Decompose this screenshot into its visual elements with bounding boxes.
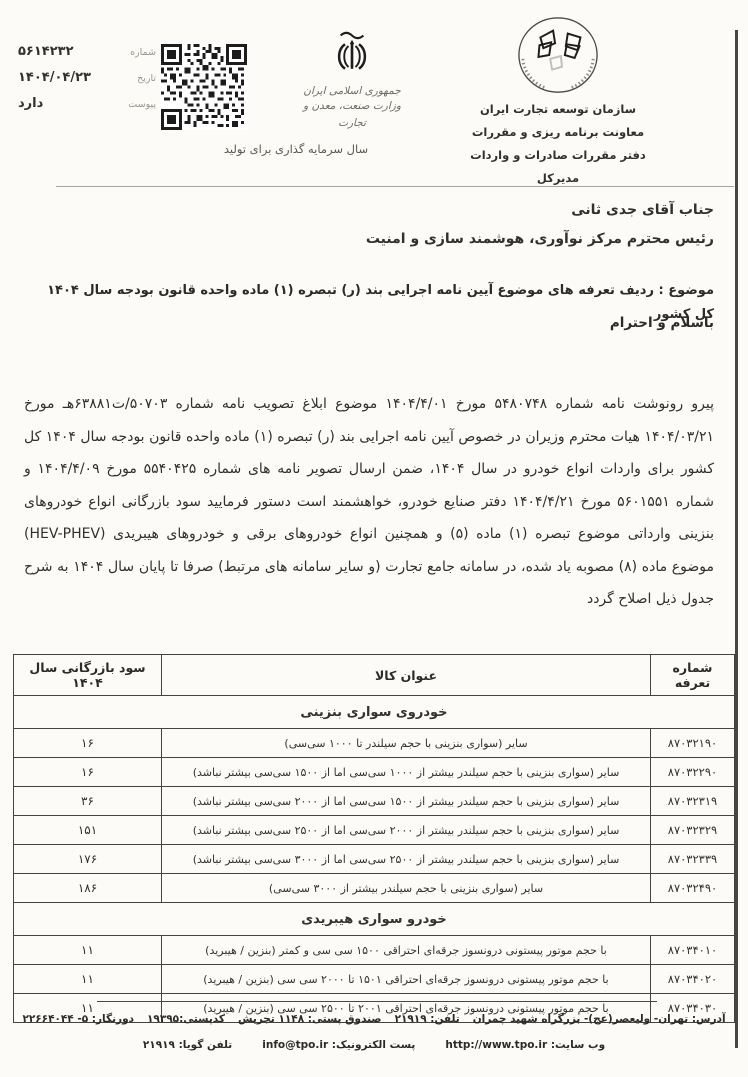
footer-website-label: وب سایت: — [551, 1039, 605, 1051]
letter-number-value: ۵۶۱۴۲۳۲ — [18, 44, 116, 59]
tariff-number-header: شماره تعرفه — [651, 655, 735, 696]
goods-title-cell: سایر (سواری بنزینی با حجم سیلندر بیشتر ا… — [162, 845, 651, 874]
table-header-row: شماره تعرفه عنوان کالا سود بازرگانی سال … — [14, 655, 735, 696]
profit-value-cell: ۱۶ — [14, 758, 162, 787]
footer-email-label: پست الکترونیک: — [332, 1039, 416, 1051]
recipient-name: جناب آقای جدی ثانی — [26, 196, 714, 225]
profit-value-cell: ۱۱ — [14, 965, 162, 994]
table-section-row: خودروی سواری بنزینی — [14, 696, 735, 729]
salutation-line: باسلام و احترام — [610, 315, 714, 331]
table-row: ۸۷۰۳۴۰۲۰با حجم موتور پیستونی درونسوز جرق… — [14, 965, 735, 994]
tariff-code-cell: ۸۷۰۳۲۲۹۰ — [651, 758, 735, 787]
footer-website-url: http://www.tpo.ir — [445, 1039, 547, 1051]
footer-contact-line: وب سایت: http://www.tpo.ir پست الکترونیک… — [12, 1039, 736, 1051]
letter-date-value: ۱۴۰۴/۰۴/۲۳ — [18, 70, 116, 85]
letter-number-label: شماره — [116, 47, 156, 58]
table-section-title: خودروی سواری بنزینی — [14, 696, 735, 729]
letter-date-row: تاریخ ۱۴۰۴/۰۴/۲۳ — [18, 70, 156, 85]
tariff-code-cell: ۸۷۰۳۴۰۲۰ — [651, 965, 735, 994]
footer-website: وب سایت: http://www.tpo.ir — [445, 1039, 605, 1051]
letter-date-label: تاریخ — [116, 73, 156, 84]
ministry-block: جمهوری اسلامی ایران وزارت صنعت، معدن و ت… — [300, 26, 404, 132]
tariff-table: شماره تعرفه عنوان کالا سود بازرگانی سال … — [13, 654, 735, 1023]
footer-address: آدرس: تهران- ولیعصر(عج)- بزرگراه شهید چم… — [473, 1013, 726, 1025]
goods-title-cell: سایر (سواری بنزینی با حجم سیلندر بیشتر ا… — [162, 816, 651, 845]
tariff-code-cell: ۸۷۰۳۲۳۲۹ — [651, 816, 735, 845]
profit-value-cell: ۱۵۱ — [14, 816, 162, 845]
footer-postalcode: کدپستی:۱۹۳۹۵ — [147, 1013, 225, 1025]
footer-voice-phone-label: تلفن گویا: — [179, 1039, 233, 1051]
tpo-logo-icon — [466, 14, 650, 98]
footer-divider — [97, 1001, 657, 1002]
footer-voice-phone: تلفن گویا: ۲۱۹۱۹ — [143, 1039, 232, 1051]
goods-title-header: عنوان کالا — [162, 655, 651, 696]
table-row: ۸۷۰۳۲۳۱۹سایر (سواری بنزینی با حجم سیلندر… — [14, 787, 735, 816]
iran-national-emblem-icon — [300, 26, 404, 80]
scan-artifact-line — [735, 30, 738, 1048]
goods-title-cell: با حجم موتور پیستونی درونسوز جرقه‌ای احت… — [162, 936, 651, 965]
profit-value-cell: ۳۶ — [14, 787, 162, 816]
header-divider — [56, 186, 734, 187]
goods-title-cell: سایر (سواری بنزینی با حجم سیلندر بیشتر ا… — [162, 787, 651, 816]
profit-value-cell: ۱۶ — [14, 729, 162, 758]
footer-address-line: آدرس: تهران- ولیعصر(عج)- بزرگراه شهید چم… — [12, 1013, 736, 1025]
footer-fax: دورنگار: ۵- ۲۲۶۶۴۰۴۴ — [22, 1013, 134, 1025]
table-row: ۸۷۰۳۲۳۲۹سایر (سواری بنزینی با حجم سیلندر… — [14, 816, 735, 845]
tariff-table-body: خودروی سواری بنزینی۸۷۰۳۲۱۹۰سایر (سواری ب… — [14, 696, 735, 1023]
profit-value-cell: ۱۷۶ — [14, 845, 162, 874]
profit-value-cell: ۱۱ — [14, 936, 162, 965]
table-row: ۸۷۰۳۲۱۹۰سایر (سواری بنزینی با حجم سیلندر… — [14, 729, 735, 758]
goods-title-cell: سایر (سواری بنزینی با حجم سیلندر بیشتر ا… — [162, 758, 651, 787]
table-row: ۸۷۰۳۲۲۹۰سایر (سواری بنزینی با حجم سیلندر… — [14, 758, 735, 787]
table-row: ۸۷۰۳۲۳۳۹سایر (سواری بنزینی با حجم سیلندر… — [14, 845, 735, 874]
letter-attachment-value: دارد — [18, 96, 116, 111]
goods-title-cell: با حجم موتور پیستونی درونسوز جرقه‌ای احت… — [162, 965, 651, 994]
table-section-row: خودرو سواری هیبریدی — [14, 903, 735, 936]
year-slogan: سال سرمایه گذاری برای تولید — [168, 142, 424, 156]
letter-body: پیرو رونوشت نامه شماره ۵۴۸۰۷۴۸ مورخ ۱۴۰۴… — [24, 388, 714, 616]
org-office-line: دفتر مقررات صادرات و واردات — [466, 144, 650, 167]
letterhead-meta: شماره ۵۶۱۴۲۳۲ تاریخ ۱۴۰۴/۰۴/۲۳ پیوست دار… — [18, 44, 156, 122]
recipient-title: رئیس محترم مرکز نوآوری، هوشمند سازی و ام… — [26, 225, 714, 254]
goods-title-cell: سایر (سواری بنزینی با حجم سیلندر تا ۱۰۰۰… — [162, 729, 651, 758]
tariff-code-cell: ۸۷۰۳۲۳۱۹ — [651, 787, 735, 816]
footer-email: پست الکترونیک: info@tpo.ir — [262, 1039, 415, 1051]
tariff-code-cell: ۸۷۰۳۲۳۳۹ — [651, 845, 735, 874]
letter-number-row: شماره ۵۶۱۴۲۳۲ — [18, 44, 156, 59]
tariff-code-cell: ۸۷۰۳۲۴۹۰ — [651, 874, 735, 903]
org-name-line: سازمان توسعه تجارت ایران — [466, 98, 650, 121]
letter-attachment-row: پیوست دارد — [18, 96, 156, 111]
org-deputy-line: معاونت برنامه ریزی و مقررات — [466, 121, 650, 144]
table-row: ۸۷۰۳۲۴۹۰سایر (سواری بنزینی با حجم سیلندر… — [14, 874, 735, 903]
table-row: ۸۷۰۳۴۰۱۰با حجم موتور پیستونی درونسوز جرق… — [14, 936, 735, 965]
qr-code-icon — [161, 44, 247, 130]
goods-title-cell: سایر (سواری بنزینی با حجم سیلندر بیشتر ا… — [162, 874, 651, 903]
tariff-code-cell: ۸۷۰۳۴۰۱۰ — [651, 936, 735, 965]
ministry-line2: وزارت صنعت، معدن و تجارت — [300, 98, 404, 132]
profit-header: سود بازرگانی سال ۱۴۰۴ — [14, 655, 162, 696]
letter-page: شماره ۵۶۱۴۲۳۲ تاریخ ۱۴۰۴/۰۴/۲۳ پیوست دار… — [0, 0, 748, 1077]
footer-voice-phone-value: ۲۱۹۱۹ — [143, 1039, 175, 1051]
footer-pobox: صندوق پستی: ۱۱۴۸ تجریش — [238, 1013, 382, 1025]
footer-phone: تلفن: ۲۱۹۱۹ — [395, 1013, 460, 1025]
tariff-code-cell: ۸۷۰۳۲۱۹۰ — [651, 729, 735, 758]
recipient-block: جناب آقای جدی ثانی رئیس محترم مرکز نوآور… — [26, 196, 714, 254]
footer-email-address: info@tpo.ir — [262, 1039, 328, 1051]
table-section-title: خودرو سواری هیبریدی — [14, 903, 735, 936]
letter-attachment-label: پیوست — [116, 99, 156, 110]
organization-block: سازمان توسعه تجارت ایران معاونت برنامه ر… — [466, 14, 650, 190]
profit-value-cell: ۱۸۶ — [14, 874, 162, 903]
